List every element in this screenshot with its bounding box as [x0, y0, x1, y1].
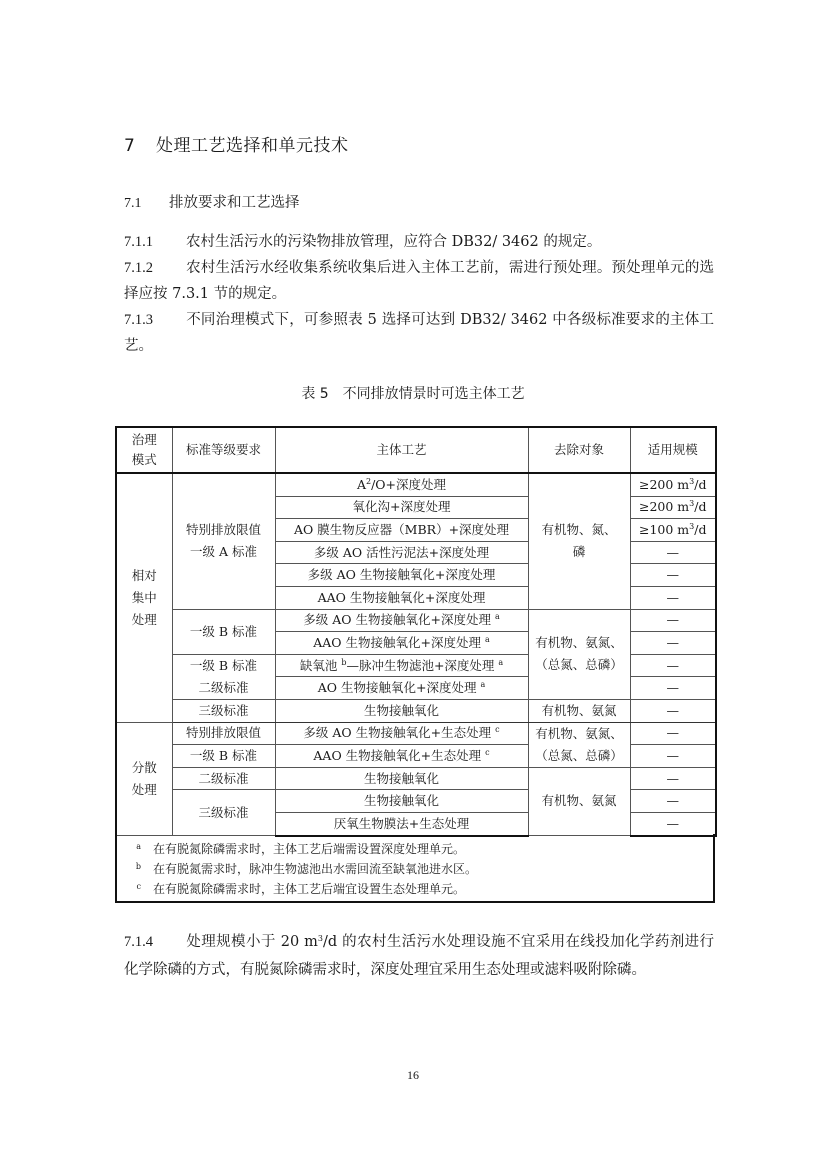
process-text: /O+深度处理 — [371, 477, 446, 492]
scale-text: /d — [694, 499, 706, 514]
clause-7-1-1: 7.1.1农村生活污水的污染物排放管理，应符合 DB32/ 3462 的规定。 — [124, 229, 714, 255]
footnote-mark: c — [117, 877, 141, 897]
standard-3: 三级标准 — [172, 699, 275, 722]
standard-line: 一级 B 标准 — [190, 658, 257, 673]
clause-text: 处理规模小于 20 m — [186, 934, 318, 950]
process-text: 缺氧池 — [300, 658, 338, 673]
mode-line: 相对 — [132, 568, 157, 583]
scale-cell: ≥200 m3/d — [630, 496, 716, 519]
target-line: 有机物、氮、 — [541, 522, 616, 537]
process-cell: 厌氧生物膜法+生态处理 — [275, 812, 528, 835]
scale-text: ≥100 m — [639, 522, 689, 537]
process-cell: 生物接触氧化 — [275, 699, 528, 722]
process-text: AAO 生物接触氧化+生态处理 — [313, 748, 481, 763]
table-row: 相对 集中 处理 特别排放限值 一级 A 标准 A2/O+深度处理 有机物、氮、… — [116, 473, 716, 496]
subsection-heading-7-1: 7.1排放要求和工艺选择 — [124, 191, 300, 212]
footnote-ref: a — [480, 680, 485, 689]
footnote-ref: a — [498, 658, 503, 667]
standard-1b: 一级 B 标准 — [172, 745, 275, 768]
clause-number: 7.1.3 — [124, 307, 186, 333]
mode-line: 处理 — [132, 612, 157, 627]
scale-cell: — — [630, 722, 716, 745]
standard-2: 二级标准 — [172, 767, 275, 790]
clause-text: 农村生活污水的污染物排放管理，应符合 DB32/ 3462 的规定。 — [186, 234, 601, 250]
target-line: （总氮、总磷） — [535, 748, 623, 763]
clause-number: 7.1.4 — [124, 928, 186, 956]
table-header-row: 治理模式 标准等级要求 主体工艺 去除对象 适用规模 — [116, 427, 716, 473]
scale-cell: — — [630, 654, 716, 677]
standard-3: 三级标准 — [172, 790, 275, 836]
table-footnotes: a在有脱氮除磷需求时，主体工艺后端需设置深度处理单元。 b在有脱氮需求时，脉冲生… — [115, 834, 715, 903]
section-heading-7: 7处理工艺选择和单元技术 — [124, 131, 349, 156]
target-cell: 有机物、氮、 磷 — [528, 473, 630, 609]
scale-cell: — — [630, 790, 716, 813]
section-title: 处理工艺选择和单元技术 — [156, 136, 349, 156]
header-standard: 标准等级要求 — [172, 427, 275, 473]
scale-text: /d — [694, 522, 706, 537]
header-mode-line2: 模式 — [132, 452, 157, 467]
process-text: 多级 AO 生物接触氧化+生态处理 — [303, 725, 491, 740]
table-label: 表 5 — [301, 386, 328, 402]
subsection-number: 7.1 — [124, 196, 169, 212]
clause-7-1-2: 7.1.2农村生活污水经收集系统收集后进入主体工艺前，需进行预处理。预处理单元的… — [124, 255, 714, 307]
standard-1b: 一级 B 标准 — [172, 609, 275, 654]
process-cell: AAO 生物接触氧化+深度处理 — [275, 586, 528, 609]
process-cell: 多级 AO 生物接触氧化+深度处理 a — [275, 609, 528, 632]
scale-cell: — — [630, 745, 716, 768]
mode-dispersed: 分散 处理 — [116, 722, 172, 835]
footnote-mark: b — [117, 857, 141, 877]
target-line: 有机物、氨氮、 — [535, 726, 623, 741]
target-cell: 有机物、氨氮 — [528, 767, 630, 835]
scale-cell: — — [630, 632, 716, 655]
process-cell: AO 膜生物反应器（MBR）+深度处理 — [275, 519, 528, 542]
footnote-text: 在有脱氮除磷需求时，主体工艺后端需设置深度处理单元。 — [153, 842, 465, 856]
subsection-title: 排放要求和工艺选择 — [169, 195, 300, 211]
target-line: 磷 — [573, 544, 586, 559]
scale-cell: — — [630, 699, 716, 722]
process-cell: 多级 AO 生物接触氧化+深度处理 — [275, 564, 528, 587]
standard-special-1a: 特别排放限值 一级 A 标准 — [172, 473, 275, 609]
table-row: 分散 处理 特别排放限值 多级 AO 生物接触氧化+生态处理 c 有机物、氨氮、… — [116, 722, 716, 745]
target-cell: 有机物、氨氮 — [528, 699, 630, 722]
table-row: 一级 B 标准 多级 AO 生物接触氧化+深度处理 a 有机物、氨氮、 （总氮、… — [116, 609, 716, 632]
process-cell: AO 生物接触氧化+深度处理 a — [275, 677, 528, 700]
target-cell: 有机物、氨氮、 （总氮、总磷） — [528, 609, 630, 699]
footnote-ref: a — [485, 635, 490, 644]
process-cell: AAO 生物接触氧化+生态处理 c — [275, 745, 528, 768]
footnote-a: a在有脱氮除磷需求时，主体工艺后端需设置深度处理单元。 — [117, 837, 713, 857]
header-process: 主体工艺 — [275, 427, 528, 473]
mode-line: 集中 — [132, 590, 157, 605]
header-scale: 适用规模 — [630, 427, 716, 473]
clause-7-1-4: 7.1.4处理规模小于 20 m3/d 的农村生活污水处理设施不宜采用在线投加化… — [124, 928, 714, 984]
process-cell: 生物接触氧化 — [275, 767, 528, 790]
process-text: A — [357, 477, 366, 492]
section-number: 7 — [124, 136, 156, 156]
table-caption: 表 5不同排放情景时可选主体工艺 — [0, 383, 826, 403]
footnote-text: 在有脱氮需求时，脉冲生物滤池出水需回流至缺氧池进水区。 — [153, 862, 477, 876]
scale-cell: — — [630, 767, 716, 790]
header-target: 去除对象 — [528, 427, 630, 473]
clause-number: 7.1.2 — [124, 255, 186, 281]
target-cell: 有机物、氨氮、 （总氮、总磷） — [528, 722, 630, 767]
process-text: 多级 AO 生物接触氧化+深度处理 — [303, 612, 491, 627]
standard-special: 特别排放限值 — [172, 722, 275, 745]
clause-text: 不同治理模式下，可参照表 5 选择可达到 DB32/ 3462 中各级标准要求的… — [124, 312, 714, 354]
footnote-c: c在有脱氮除磷需求时，主体工艺后端宜设置生态处理单元。 — [117, 877, 713, 897]
process-cell: 缺氧池 b—脉冲生物滤池+深度处理 a — [275, 654, 528, 677]
process-cell: 氧化沟+深度处理 — [275, 496, 528, 519]
scale-cell: — — [630, 609, 716, 632]
scale-text: ≥200 m — [639, 499, 689, 514]
standard-line: 特别排放限值 — [186, 522, 261, 537]
mode-line: 分散 — [132, 760, 157, 775]
standard-1b-2: 一级 B 标准 二级标准 — [172, 654, 275, 699]
scale-text: ≥200 m — [639, 477, 689, 492]
process-text: AAO 生物接触氧化+深度处理 — [313, 635, 481, 650]
footnote-ref: a — [495, 612, 500, 621]
document-page: 7处理工艺选择和单元技术 7.1排放要求和工艺选择 7.1.1农村生活污水的污染… — [0, 0, 826, 1169]
scale-cell: ≥200 m3/d — [630, 473, 716, 496]
standard-line: 二级标准 — [198, 680, 248, 695]
standard-line: 一级 A 标准 — [190, 544, 257, 559]
scale-cell: — — [630, 541, 716, 564]
table-row: 二级标准 生物接触氧化 有机物、氨氮 — — [116, 767, 716, 790]
target-line: （总氮、总磷） — [535, 657, 623, 672]
footnote-text: 在有脱氮除磷需求时，主体工艺后端宜设置生态处理单元。 — [153, 882, 465, 896]
scale-cell: — — [630, 586, 716, 609]
page-number: 16 — [0, 1068, 826, 1083]
scale-cell: — — [630, 677, 716, 700]
scale-text: /d — [694, 477, 706, 492]
target-line: 有机物、氨氮、 — [535, 635, 623, 650]
footnote-ref: c — [495, 725, 499, 734]
process-cell: A2/O+深度处理 — [275, 473, 528, 496]
process-text: AO 生物接触氧化+深度处理 — [318, 680, 477, 695]
clause-number: 7.1.1 — [124, 229, 186, 255]
footnote-b: b在有脱氮需求时，脉冲生物滤池出水需回流至缺氧池进水区。 — [117, 857, 713, 877]
process-cell: AAO 生物接触氧化+深度处理 a — [275, 632, 528, 655]
footnote-mark: a — [117, 837, 141, 857]
mode-concentrated: 相对 集中 处理 — [116, 473, 172, 722]
process-cell: 多级 AO 活性污泥法+深度处理 — [275, 541, 528, 564]
clause-7-1-3: 7.1.3不同治理模式下，可参照表 5 选择可达到 DB32/ 3462 中各级… — [124, 307, 714, 359]
header-mode-line1: 治理 — [132, 432, 157, 447]
footnote-ref: c — [485, 748, 489, 757]
mode-line: 处理 — [132, 782, 157, 797]
scale-cell: ≥100 m3/d — [630, 519, 716, 542]
clause-text: 农村生活污水经收集系统收集后进入主体工艺前，需进行预处理。预处理单元的选择应按 … — [124, 260, 714, 302]
scale-cell: — — [630, 564, 716, 587]
header-mode: 治理模式 — [116, 427, 172, 473]
process-cell: 多级 AO 生物接触氧化+生态处理 c — [275, 722, 528, 745]
process-selection-table: 治理模式 标准等级要求 主体工艺 去除对象 适用规模 相对 集中 处理 特别排放… — [115, 426, 717, 837]
process-cell: 生物接触氧化 — [275, 790, 528, 813]
scale-cell: — — [630, 812, 716, 835]
table-row: 三级标准 生物接触氧化 有机物、氨氮 — — [116, 699, 716, 722]
table-title: 不同排放情景时可选主体工艺 — [343, 386, 525, 402]
process-text: —脉冲生物滤池+深度处理 — [346, 658, 494, 673]
